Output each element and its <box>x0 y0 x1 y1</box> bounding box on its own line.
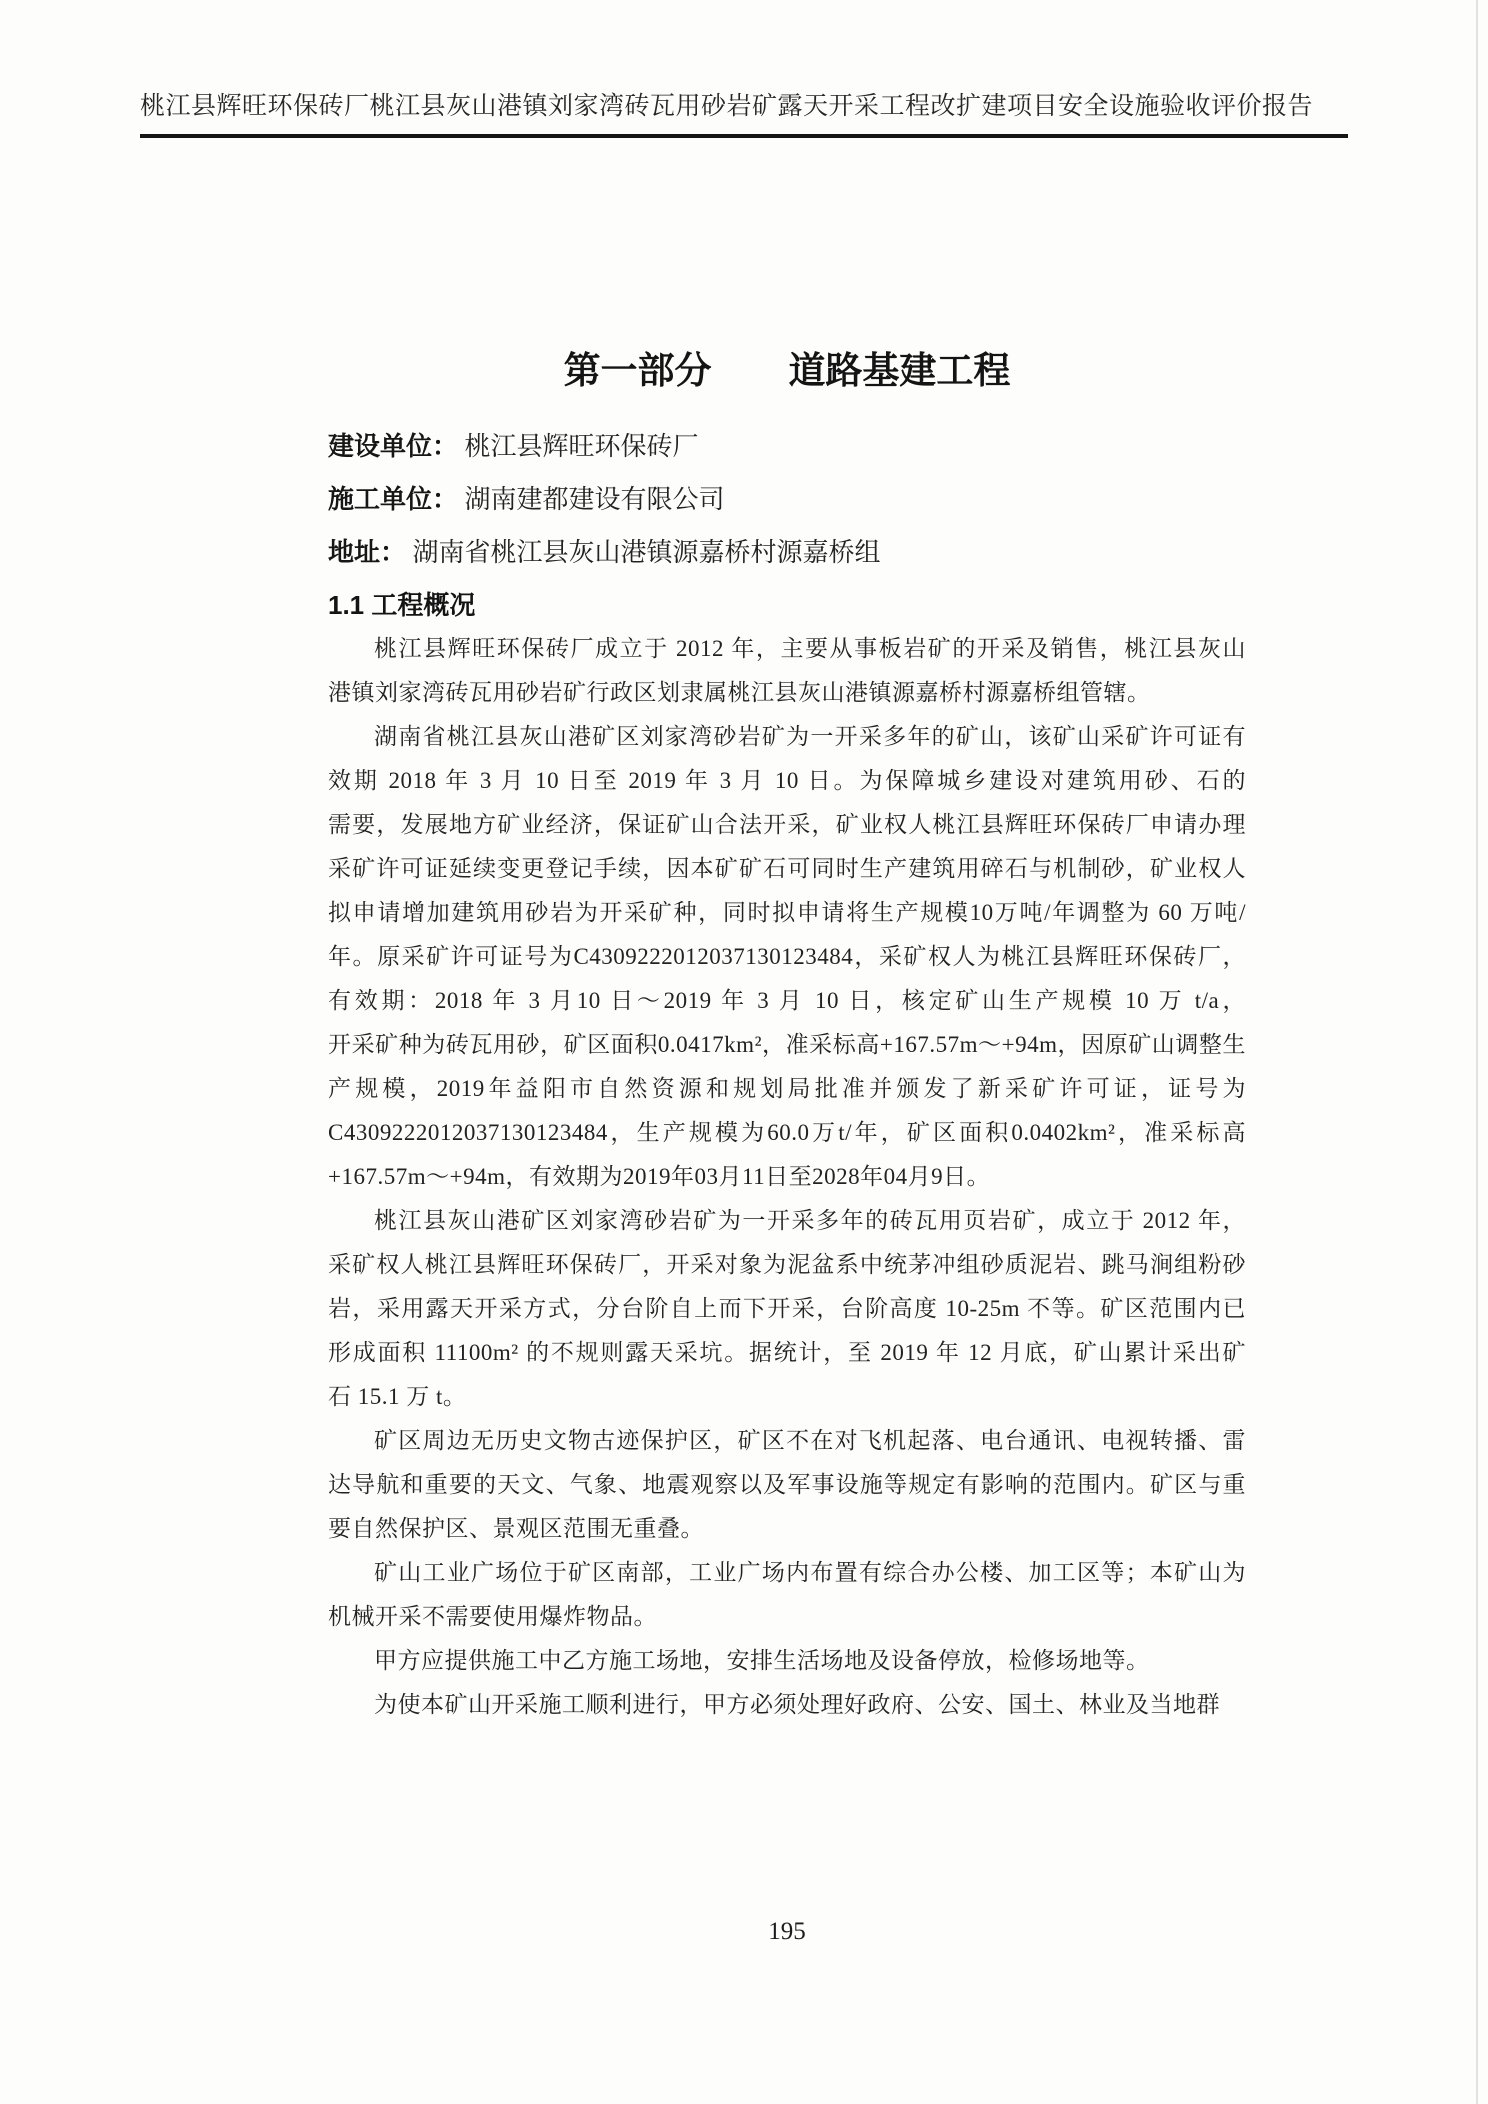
address-label: 地址： <box>328 537 406 567</box>
page-title-part: 第一部分 <box>564 350 712 391</box>
paragraph-line: 效期 2018 年 3 月 10 日至 2019 年 3 月 10 日。为保障城… <box>328 759 1246 803</box>
section-heading: 1.1 工程概况 <box>328 585 1246 625</box>
paragraph-line: 矿山工业广场位于矿区南部，工业广场内布置有综合办公楼、加工区等；本矿山为 <box>328 1551 1246 1595</box>
paragraph-line: 需要，发展地方矿业经济，保证矿山合法开采，矿业权人桃江县辉旺环保砖厂申请办理 <box>328 803 1246 847</box>
page-title: 第一部分 道路基建工程 <box>328 340 1246 394</box>
construction-unit-label: 建设单位： <box>328 431 458 461</box>
construction-unit-value: 桃江县辉旺环保砖厂 <box>465 432 699 461</box>
address-value: 湖南省桃江县灰山港镇源嘉桥村源嘉桥组 <box>413 538 881 567</box>
paragraph-line: 有效期：2018 年 3 月10 日～2019 年 3 月 10 日，核定矿山生… <box>328 979 1246 1023</box>
content-column: 第一部分 道路基建工程 建设单位： 桃江县辉旺环保砖厂 施工单位： 湖南建都建设… <box>328 340 1246 1727</box>
paragraph-line: 机械开采不需要使用爆炸物品。 <box>328 1595 1246 1639</box>
contractor-unit-label: 施工单位： <box>328 484 458 514</box>
paragraph-line: 采矿许可证延续变更登记手续，因本矿矿石可同时生产建筑用碎石与机制砂，矿业权人 <box>328 847 1246 891</box>
paragraph-line: 石 15.1 万 t。 <box>328 1375 1246 1419</box>
paragraph-line: 拟申请增加建筑用砂岩为开采矿种，同时拟申请将生产规模10万吨/年调整为 60 万… <box>328 891 1246 935</box>
paragraph-line: 为使本矿山开采施工顺利进行，甲方必须处理好政府、公安、国土、林业及当地群 <box>328 1683 1246 1727</box>
paragraph-line: 港镇刘家湾砖瓦用砂岩矿行政区划隶属桃江县灰山港镇源嘉桥村源嘉桥组管辖。 <box>328 671 1246 715</box>
running-header: 桃江县辉旺环保砖厂桃江县灰山港镇刘家湾砖瓦用砂岩矿露天开采工程改扩建项目安全设施… <box>140 86 1350 122</box>
paragraph-line: 达导航和重要的天文、气象、地震观察以及军事设施等规定有影响的范围内。矿区与重 <box>328 1463 1246 1507</box>
info-row-address: 地址： 湖南省桃江县灰山港镇源嘉桥村源嘉桥组 <box>328 526 1246 579</box>
paragraph-line: C4309222012037130123484，生产规模为60.0万t/年，矿区… <box>328 1111 1246 1155</box>
paragraph-line: 桃江县辉旺环保砖厂成立于 2012 年，主要从事板岩矿的开采及销售，桃江县灰山 <box>328 627 1246 671</box>
info-block: 建设单位： 桃江县辉旺环保砖厂 施工单位： 湖南建都建设有限公司 地址： 湖南省… <box>328 420 1246 579</box>
info-row-contractor-unit: 施工单位： 湖南建都建设有限公司 <box>328 473 1246 526</box>
document-page: 桃江县辉旺环保砖厂桃江县灰山港镇刘家湾砖瓦用砂岩矿露天开采工程改扩建项目安全设施… <box>0 0 1488 2104</box>
header-rule <box>140 134 1348 138</box>
paragraph-line: 湖南省桃江县灰山港矿区刘家湾砂岩矿为一开采多年的矿山，该矿山采矿许可证有 <box>328 715 1246 759</box>
paragraph-line: 产规模，2019年益阳市自然资源和规划局批准并颁发了新采矿许可证，证号为 <box>328 1067 1246 1111</box>
contractor-unit-value: 湖南建都建设有限公司 <box>465 485 725 514</box>
paragraph-line: 矿区周边无历史文物古迹保护区，矿区不在对飞机起落、电台通讯、电视转播、雷 <box>328 1419 1246 1463</box>
info-row-construction-unit: 建设单位： 桃江县辉旺环保砖厂 <box>328 420 1246 473</box>
paragraph-line: 采矿权人桃江县辉旺环保砖厂，开采对象为泥盆系中统茅冲组砂质泥岩、跳马涧组粉砂 <box>328 1243 1246 1287</box>
paragraph-line: +167.57m～+94m，有效期为2019年03月11日至2028年04月9日… <box>328 1155 1246 1199</box>
body-paragraphs: 桃江县辉旺环保砖厂成立于 2012 年，主要从事板岩矿的开采及销售，桃江县灰山港… <box>328 627 1246 1727</box>
paragraph-line: 年。原采矿许可证号为C4309222012037130123484，采矿权人为桃… <box>328 935 1246 979</box>
paragraph-line: 要自然保护区、景观区范围无重叠。 <box>328 1507 1246 1551</box>
paragraph-line: 岩，采用露天开采方式，分台阶自上而下开采，台阶高度 10-25m 不等。矿区范围… <box>328 1287 1246 1331</box>
scan-edge-artifact <box>1476 0 1478 2104</box>
paragraph-line: 形成面积 11100m² 的不规则露天采坑。据统计，至 2019 年 12 月底… <box>328 1331 1246 1375</box>
paragraph-line: 开采矿种为砖瓦用砂，矿区面积0.0417km²，准采标高+167.57m～+94… <box>328 1023 1246 1067</box>
paragraph-line: 甲方应提供施工中乙方施工场地，安排生活场地及设备停放，检修场地等。 <box>328 1639 1246 1683</box>
paragraph-line: 桃江县灰山港矿区刘家湾砂岩矿为一开采多年的砖瓦用页岩矿，成立于 2012 年， <box>328 1199 1246 1243</box>
page-number: 195 <box>328 1918 1246 1946</box>
page-title-name: 道路基建工程 <box>788 350 1010 391</box>
